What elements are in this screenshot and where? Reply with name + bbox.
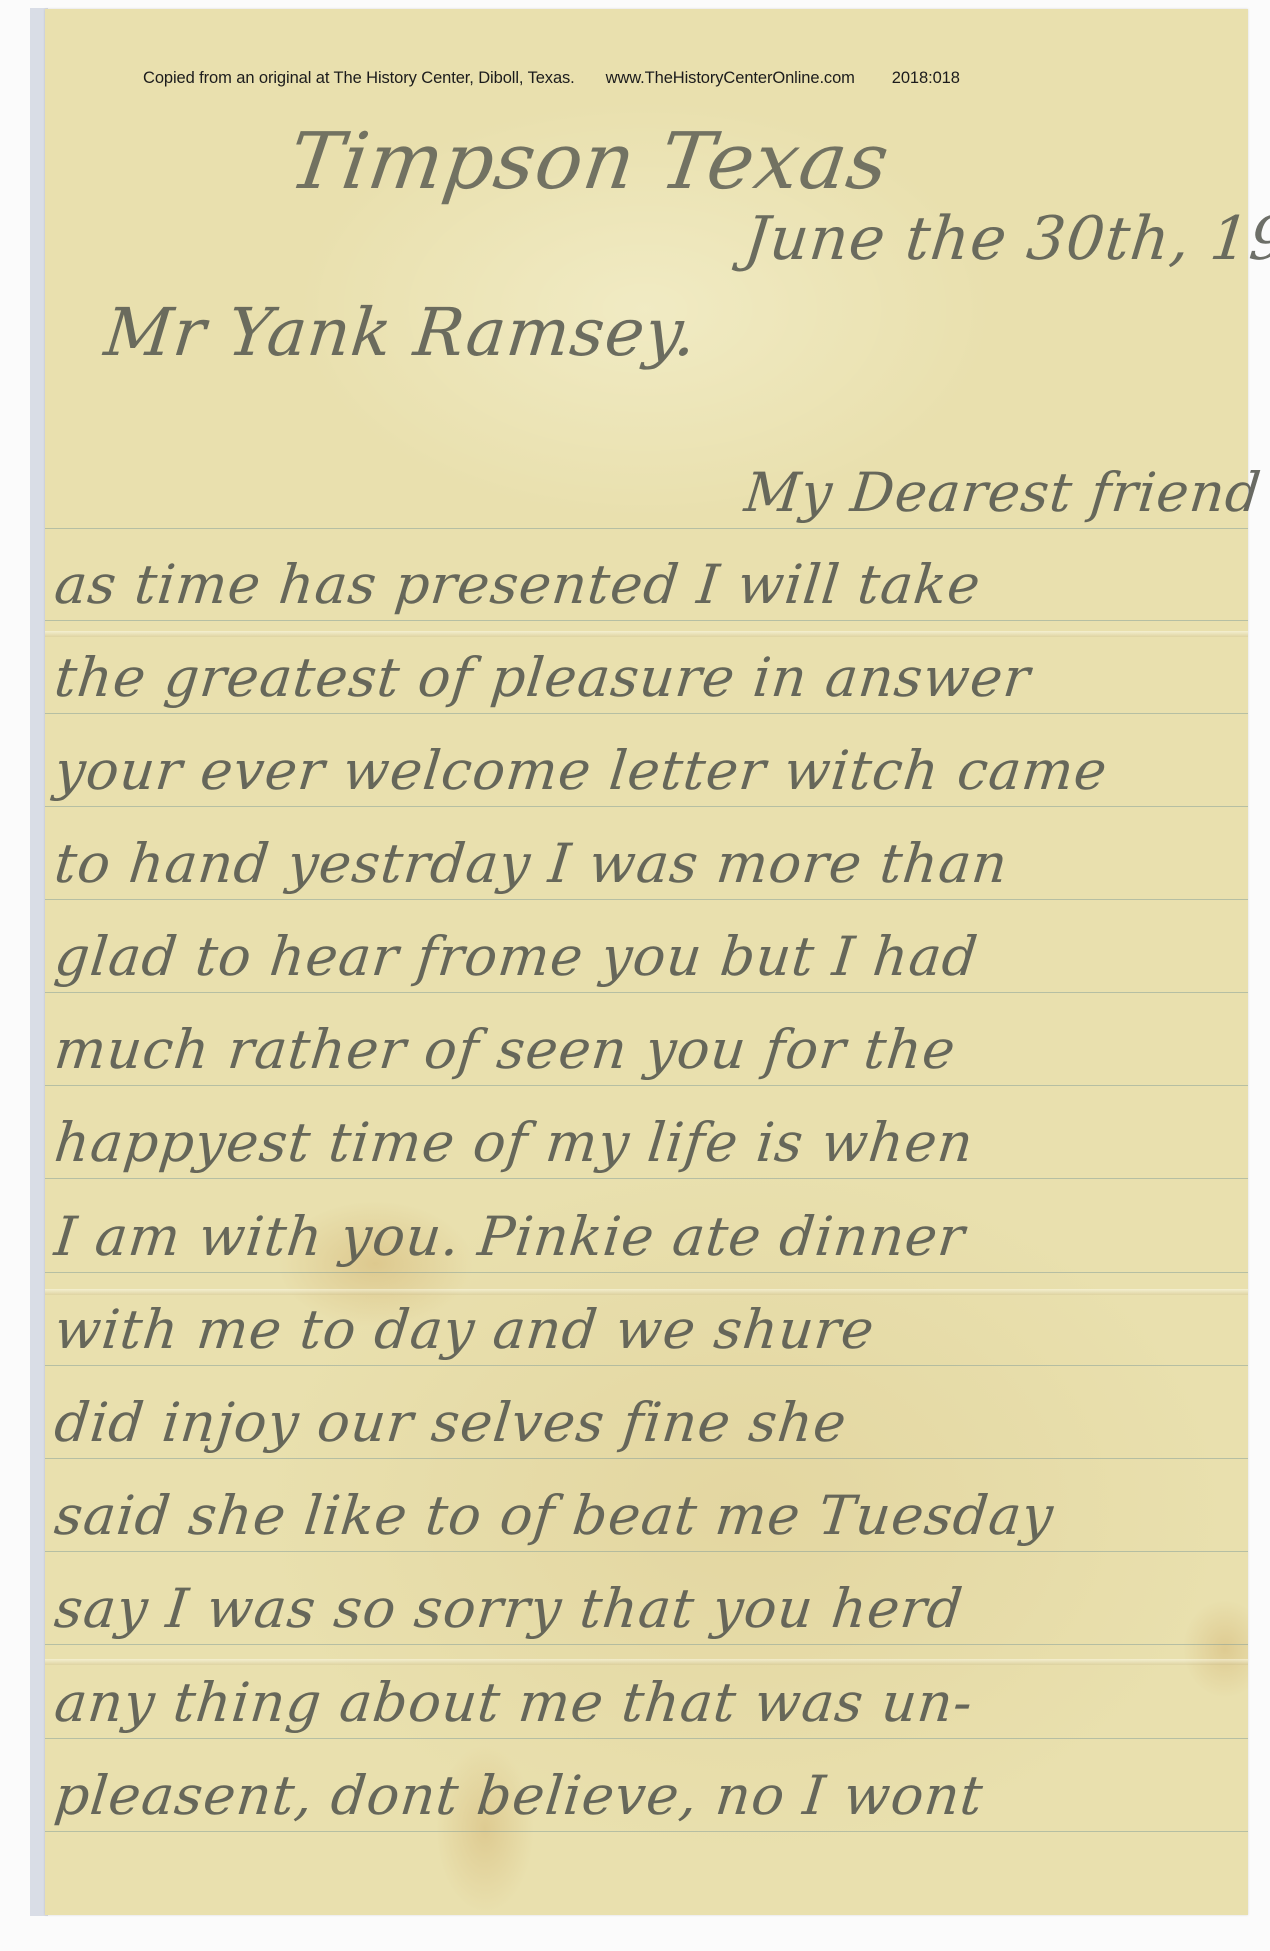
archive-source: Copied from an original at The History C… [143,69,575,88]
letter-salutation: Mr Yank Ramsey. [101,294,701,371]
letter-line: with me to day and we shure [52,1298,878,1361]
letter-line: any thing about me that was un- [52,1671,976,1734]
letter-line: much rather of seen you for the [52,1018,959,1081]
ruled-line [45,1551,1248,1552]
ruled-line [45,528,1248,529]
letter-line: your ever welcome letter witch came [52,739,1111,802]
letter-line: to hand yestrday I was more than [52,832,1011,895]
ruled-line [45,899,1248,900]
ruled-line [45,1831,1248,1832]
letter-line: did injoy our selves fine she [52,1391,850,1454]
letter-line: said she like to of beat me Tuesday [52,1484,1057,1547]
letter-place: Timpson Texas [284,117,895,207]
ruled-line [45,992,1248,993]
ruled-line [45,1738,1248,1739]
letter-line: pleasent, dont believe, no I wont [52,1764,987,1827]
ruled-line [45,1272,1248,1273]
ruled-line [45,1365,1248,1366]
letter-line: glad to hear frome you but I had [52,925,982,988]
letter-line: My Dearest friend [742,461,1265,524]
letter-line: as time has presented I will take [52,553,984,616]
fold-crease [45,631,1248,637]
ruled-line [45,806,1248,807]
ruled-line [45,1085,1248,1086]
letter-line: the greatest of pleasure in answer [52,646,1034,709]
fold-crease [45,1659,1248,1665]
letter-line: I am with you. Pinkie ate dinner [52,1205,969,1268]
ruled-line [45,620,1248,621]
letter-date: June the 30th, 1906 [741,204,1270,274]
archive-website: www.TheHistoryCenterOnline.com [606,69,855,88]
archive-accession-number: 2018:018 [892,69,960,88]
archive-header-note: Copied from an original at The History C… [143,69,960,88]
ruled-line [45,713,1248,714]
letter-line: happyest time of my life is when [52,1111,977,1174]
letter-line: say I was so sorry that you herd [52,1577,967,1640]
fold-crease [45,1289,1248,1295]
letter-page: Copied from an original at The History C… [45,9,1248,1915]
ruled-line [45,1644,1248,1645]
ruled-line [45,1458,1248,1459]
ruled-line [45,1178,1248,1179]
